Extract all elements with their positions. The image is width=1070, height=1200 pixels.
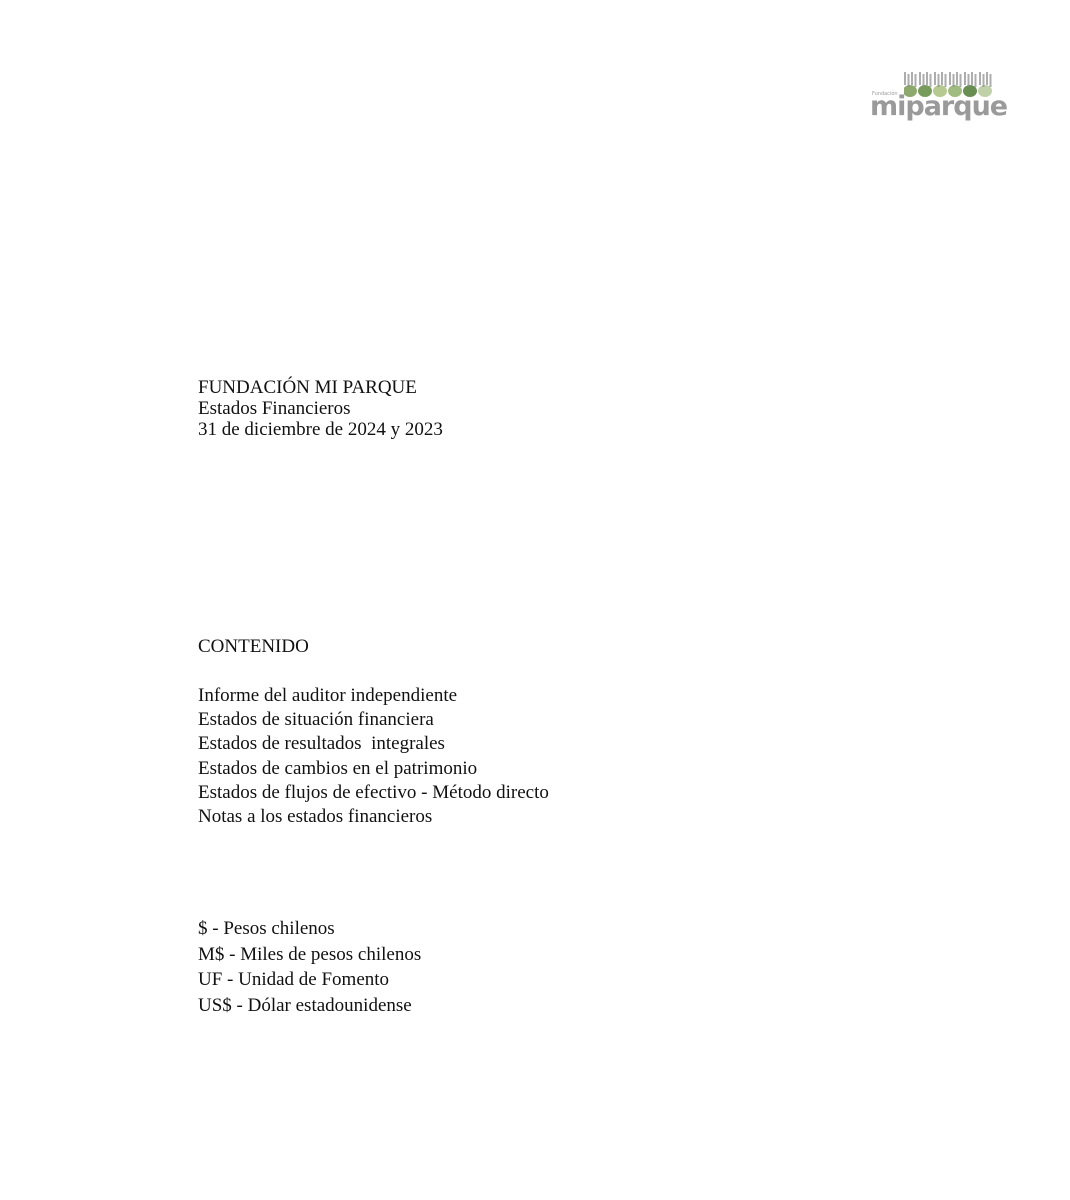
miparque-logo: Fundación miparque xyxy=(870,66,998,128)
document-date: 31 de diciembre de 2024 y 2023 xyxy=(198,419,443,440)
currency-legend: $ - Pesos chilenos M$ - Miles de pesos c… xyxy=(198,916,421,1018)
contents-list: Informe del auditor independiente Estado… xyxy=(198,684,549,829)
currency-item: UF - Unidad de Fomento xyxy=(198,967,421,993)
organization-name: FUNDACIÓN MI PARQUE xyxy=(198,377,443,398)
contents-item: Informe del auditor independiente xyxy=(198,684,549,708)
contents-item: Notas a los estados financieros xyxy=(198,805,549,829)
contents-heading: CONTENIDO xyxy=(198,636,309,658)
logo-wordmark: miparque xyxy=(870,91,1007,122)
title-block: FUNDACIÓN MI PARQUE Estados Financieros … xyxy=(198,377,443,440)
contents-item: Estados de resultados integrales xyxy=(198,732,549,756)
contents-item: Estados de flujos de efectivo - Método d… xyxy=(198,781,549,805)
currency-item: US$ - Dólar estadounidense xyxy=(198,993,421,1019)
currency-item: M$ - Miles de pesos chilenos xyxy=(198,942,421,968)
contents-item: Estados de cambios en el patrimonio xyxy=(198,757,549,781)
contents-item: Estados de situación financiera xyxy=(198,708,549,732)
document-title: Estados Financieros xyxy=(198,398,443,419)
currency-item: $ - Pesos chilenos xyxy=(198,916,421,942)
